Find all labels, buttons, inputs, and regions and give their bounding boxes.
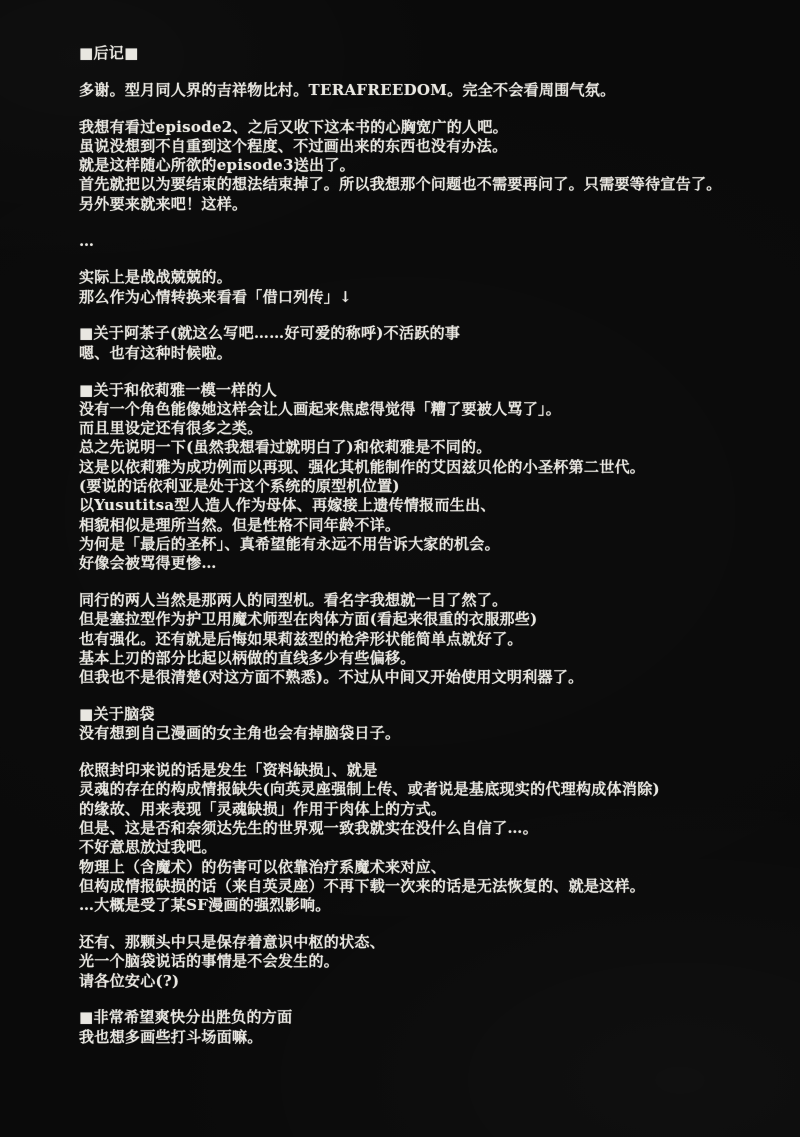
text-line: 但我也不是很清楚(对这方面不熟悉)。不过从中间又开始使用文明利器了。: [79, 668, 776, 687]
text-line: 那么作为心情转换来看看「借口列传」↓: [79, 288, 776, 307]
text-line: 基本上刃的部分比起以柄做的直线多少有些偏移。: [79, 649, 776, 668]
text-line: ■关于脑袋: [79, 705, 776, 724]
text-line: 光一个脑袋说话的事情是不会发生的。: [79, 952, 776, 971]
blank-line: [79, 688, 776, 706]
text-line: 但构成情报缺损的话（来自英灵座）不再下载一次来的话是无法恢复的、就是这样。: [79, 877, 776, 896]
text-line: 但是塞拉型作为护卫用魔术师型在肉体方面(看起来很重的衣服那些): [79, 610, 776, 629]
text-line: 灵魂的存在的构成情报缺失(向英灵座强制上传、或者说是基底现实的代理构成体消除): [79, 780, 776, 799]
afterword-heading: ■后记■: [79, 44, 776, 63]
text-line: 另外要来就来吧！这样。: [79, 195, 776, 214]
text-line: 首先就把以为要结束的想法结束掉了。所以我想那个问题也不需要再问了。只需要等待宣告…: [79, 175, 776, 194]
text-line: 还有、那颗头中只是保存着意识中枢的状态、: [79, 933, 776, 952]
blank-line: [79, 214, 776, 232]
blank-line: [79, 991, 776, 1009]
text-line: 多谢。型月同人界的吉祥物比村。TERAFREEDOM。完全不会看周围气氛。: [79, 81, 776, 100]
text-line: 也有强化。还有就是后悔如果莉兹型的枪斧形状能简单点就好了。: [79, 630, 776, 649]
text-line: 物理上（含魔术）的伤害可以依靠治疗系魔术来对应、: [79, 858, 776, 877]
blank-line: [79, 307, 776, 325]
text-line: ■非常希望爽快分出胜负的方面: [79, 1008, 776, 1027]
text-line: 我也想多画些打斗场面嘛。: [79, 1028, 776, 1047]
text-line: 好像会被骂得更惨…: [79, 554, 776, 573]
blank-line: [79, 251, 776, 269]
text-line: 依照封印来说的话是发生「资料缺损」、就是: [79, 761, 776, 780]
blank-line: [79, 915, 776, 933]
afterword-body: 多谢。型月同人界的吉祥物比村。TERAFREEDOM。完全不会看周围气氛。我想有…: [79, 63, 776, 1047]
text-line: 总之先说明一下(虽然我想看过就明白了)和依莉雅是不同的。: [79, 438, 776, 457]
text-line: 但是、这是否和奈须达先生的世界观一致我就实在没什么自信了…。: [79, 819, 776, 838]
blank-line: [79, 100, 776, 118]
text-line: …: [79, 232, 776, 251]
text-line: 嗯、也有这种时候啦。: [79, 344, 776, 363]
blank-line: [79, 574, 776, 592]
text-line: 这是以依莉雅为成功例而以再现、强化其机能制作的艾因兹贝伦的小圣杯第二世代。: [79, 458, 776, 477]
text-line: 我想有看过episode2、之后又收下这本书的心胸宽广的人吧。: [79, 118, 776, 137]
text-line: 同行的两人当然是那两人的同型机。看名字我想就一目了然了。: [79, 591, 776, 610]
text-line: 而且里设定还有很多之类。: [79, 419, 776, 438]
text-line: 的缘故、用来表现「灵魂缺损」作用于肉体上的方式。: [79, 800, 776, 819]
text-line: ■关于阿茶子(就这么写吧……好可爱的称呼)不活跃的事: [79, 324, 776, 343]
text-line: 实际上是战战兢兢的。: [79, 268, 776, 287]
text-line: (要说的话依利亚是处于这个系统的原型机位置): [79, 477, 776, 496]
blank-line: [79, 363, 776, 381]
text-line: 没有一个角色能像她这样会让人画起来焦虑得觉得「糟了要被人骂了」。: [79, 400, 776, 419]
text-line: ■关于和依莉雅一模一样的人: [79, 381, 776, 400]
text-line: 就是这样随心所欲的episode3送出了。: [79, 156, 776, 175]
text-line: 没有想到自己漫画的女主角也会有掉脑袋日子。: [79, 724, 776, 743]
text-line: 为何是「最后的圣杯」、真希望能有永远不用告诉大家的机会。: [79, 535, 776, 554]
afterword-text-block: ■后记■ 多谢。型月同人界的吉祥物比村。TERAFREEDOM。完全不会看周围气…: [79, 44, 776, 1047]
text-line: 请各位安心(?): [79, 972, 776, 991]
text-line: 不好意思放过我吧。: [79, 838, 776, 857]
text-line: …大概是受了某SF漫画的强烈影响。: [79, 896, 776, 915]
afterword-page: ■后记■ 多谢。型月同人界的吉祥物比村。TERAFREEDOM。完全不会看周围气…: [0, 0, 800, 1137]
text-line: 虽说没想到不自重到这个程度、不过画出来的东西也没有办法。: [79, 137, 776, 156]
blank-line: [79, 63, 776, 81]
text-line: 以Yusutitsa型人造人作为母体、再嫁接上遗传情报而生出、: [79, 496, 776, 515]
text-line: 相貌相似是理所当然。但是性格不同年龄不详。: [79, 516, 776, 535]
blank-line: [79, 744, 776, 762]
